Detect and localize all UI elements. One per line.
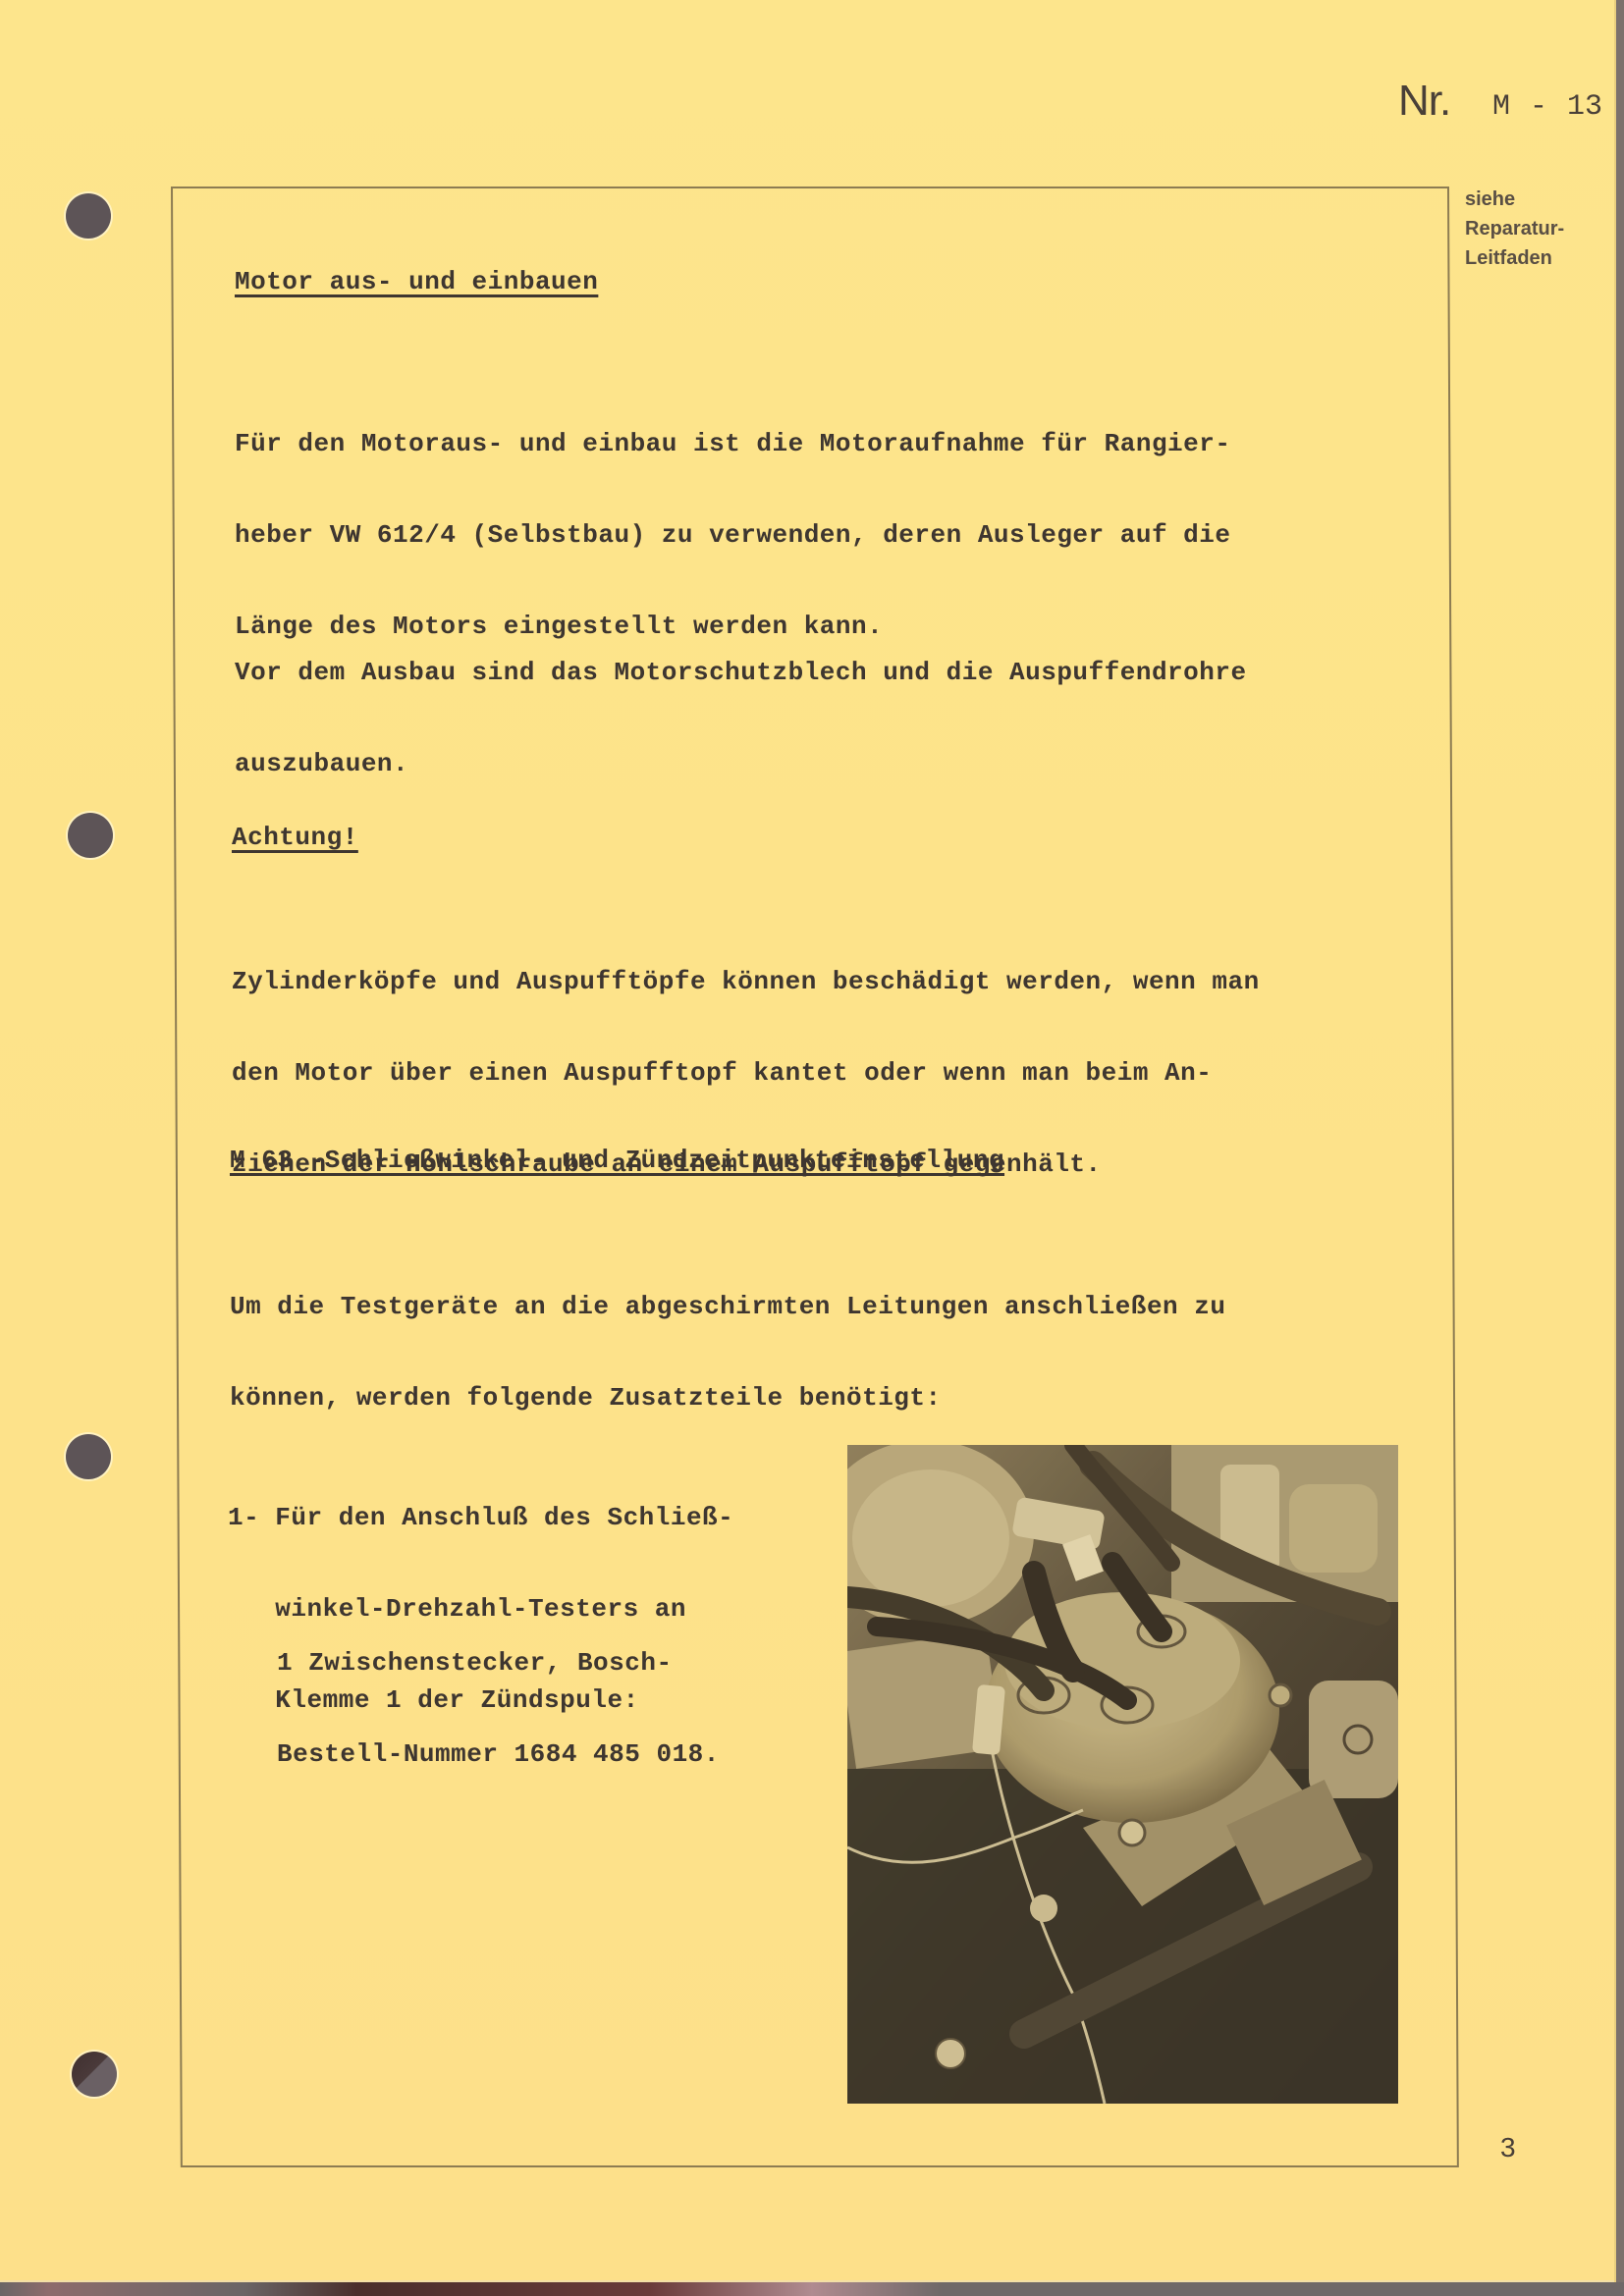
page-number: 3 — [1500, 2132, 1516, 2163]
document-number-value: M - 13 — [1492, 90, 1602, 124]
scan-background-bottom — [0, 2282, 1624, 2296]
text-line: können, werden folgende Zusatzteile benö… — [230, 1383, 1225, 1414]
scan-background-right — [1616, 0, 1624, 2296]
text-line: Um die Testgeräte an die abgeschirmten L… — [230, 1292, 1225, 1322]
text-line: 1- Für den Anschluß des Schließ- — [228, 1503, 733, 1533]
punch-hole — [68, 813, 113, 858]
text-line: Für den Motoraus- und einbau ist die Mot… — [235, 429, 1230, 459]
section-heading-m63: M 63 -Schließwinkel- und Zündzeitpunktei… — [230, 1146, 1004, 1176]
paragraph-achtung-warning: Zylinderköpfe und Auspufftöpfe können be… — [232, 906, 1260, 1241]
punch-hole — [72, 2052, 117, 2097]
side-note-line: siehe — [1465, 185, 1564, 214]
text-line: Bestell-Nummer 1684 485 018. — [277, 1739, 720, 1770]
text-line: 1 Zwischenstecker, Bosch- — [277, 1648, 720, 1679]
section-heading-achtung: Achtung! — [232, 823, 358, 853]
document-number-label: Nr. — [1398, 77, 1450, 126]
document-page: Nr. M - 13 siehe Reparatur- Leitfaden Mo… — [0, 0, 1616, 2282]
text-line: Zylinderköpfe und Auspufftöpfe können be… — [232, 967, 1260, 997]
list-item-1-part: 1 Zwischenstecker, Bosch- Bestell-Nummer… — [277, 1587, 720, 1831]
section-heading-motor: Motor aus- und einbauen — [235, 267, 598, 297]
text-line: heber VW 612/4 (Selbstbau) zu verwenden,… — [235, 520, 1230, 551]
paragraph-m63-intro: Um die Testgeräte an die abgeschirmten L… — [230, 1231, 1225, 1474]
text-line: Vor dem Ausbau sind das Motorschutzblech… — [235, 658, 1247, 688]
side-note-line: Reparatur- — [1465, 214, 1564, 243]
text-line: auszubauen. — [235, 749, 1247, 779]
punch-hole — [66, 1434, 111, 1479]
side-note-line: Leitfaden — [1465, 243, 1564, 273]
text-line: den Motor über einen Auspufftopf kantet … — [232, 1058, 1260, 1089]
side-note-reference: siehe Reparatur- Leitfaden — [1465, 185, 1564, 273]
punch-hole — [66, 193, 111, 239]
ignition-coil-photo — [847, 1445, 1398, 2104]
paragraph-motor-removal-note: Vor dem Ausbau sind das Motorschutzblech… — [235, 597, 1247, 840]
